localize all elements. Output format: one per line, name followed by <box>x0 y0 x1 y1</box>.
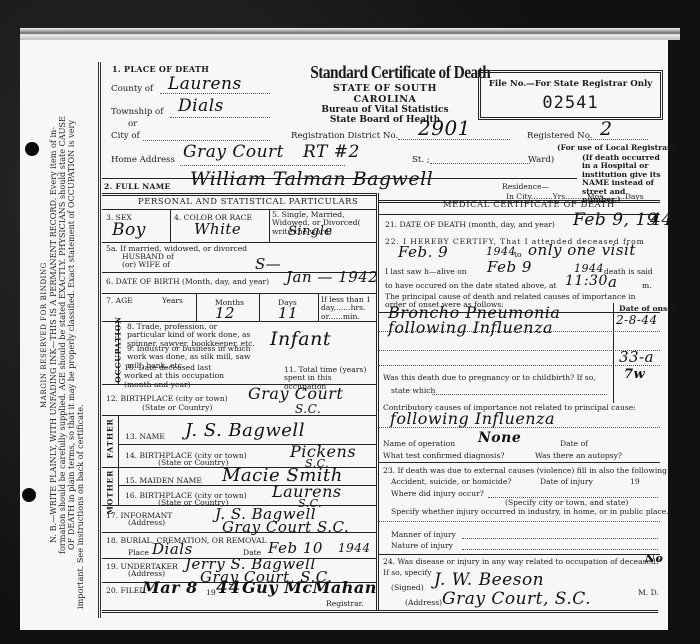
father-name-label: 13. NAME <box>125 432 165 441</box>
autopsy-label: Was there an autopsy? <box>535 452 622 460</box>
birthplace-label: 12. BIRTHPLACE (city or town) <box>106 394 228 403</box>
attended-year: 1944 <box>486 245 516 258</box>
home-address-label: Home Address <box>111 155 175 165</box>
mother-side-label: MOTHER <box>106 471 115 515</box>
residence-label: Residence— <box>502 183 549 191</box>
months-value: 12 <box>215 304 235 322</box>
birthplace-state: S.C. <box>295 402 321 416</box>
occupation-value: Infant <box>270 328 331 350</box>
father-name-value: J. S. Bagwell <box>185 420 305 441</box>
medical-section-title: MEDICAL CERTIFICATE OF DEATH <box>443 199 615 209</box>
place-of-death-heading: 1. PLACE OF DEATH <box>112 64 209 74</box>
file-number-box: File No.—For State Registrar Only 02541 <box>478 70 663 120</box>
registrar-label: Registrar. <box>326 600 364 608</box>
less-than-day-label: If less than 1 day,......hrs. or......mi… <box>321 296 375 321</box>
divider <box>102 532 376 533</box>
ward-label: Ward) <box>528 155 554 165</box>
physician-address-label: (Address) <box>405 599 442 607</box>
occured-label: to have occured on the date stated above… <box>385 282 557 290</box>
filed-year-label: 19 <box>206 589 216 597</box>
full-name-value: William Talman Bagwell <box>190 168 433 190</box>
manner-of-injury-field <box>462 530 658 539</box>
sex-value: Boy <box>112 220 146 240</box>
cause-2: following Influenza <box>388 318 553 337</box>
injury-date-label: Date of injury <box>540 478 593 486</box>
spouse-label-wife: (or) WIFE of <box>122 261 170 269</box>
cause-code-2: 7w <box>624 367 645 382</box>
filed-year: 44 <box>216 578 241 598</box>
city-label: City of <box>111 131 140 141</box>
registrar-signature: Guy McMahan <box>242 578 377 597</box>
occupation-related-label: 24. Was disease or injury in any way rel… <box>383 558 660 566</box>
injury-where-label: Where did injury occur? <box>391 490 484 498</box>
date-of-birth-value: Jan — 1942 <box>286 268 378 286</box>
last-worked-label: 10. Date deceased last worked at this oc… <box>124 364 242 389</box>
last-saw-value: Feb 9 <box>487 258 532 276</box>
punch-hole <box>25 142 39 156</box>
occupation-related-value: No <box>645 552 663 565</box>
death-time: 11:30 <box>565 273 608 289</box>
attended-from: Feb. 9 <box>398 243 448 261</box>
county-value: Laurens <box>168 74 242 94</box>
divider <box>379 350 660 351</box>
operation-date-label: Date of <box>560 440 588 448</box>
personal-section-title: PERSONAL AND STATISTICAL PARTICULARS <box>138 196 358 206</box>
local-registrar-note: (For use of Local Registrar) <box>557 144 675 152</box>
md-label: M. D. <box>638 589 659 597</box>
injury-where-field <box>488 488 658 498</box>
column-divider <box>376 193 379 611</box>
home-address-value: Gray Court <box>183 142 284 162</box>
certificate-title: Standard Certificate of Death <box>310 62 460 83</box>
file-number-label: File No.—For State Registrar Only <box>481 79 660 89</box>
m-label: m. <box>642 282 652 290</box>
paper-curl <box>20 28 680 40</box>
date-of-death-label: 21. DATE OF DEATH (month, day, and year) <box>385 220 555 229</box>
spouse-value: S— <box>255 255 281 273</box>
filed-label: 20. FILED <box>106 586 145 595</box>
divider <box>102 293 376 294</box>
contributory-value: following Influenza <box>390 409 555 428</box>
filed-value: Mar 8 <box>142 578 198 597</box>
informant-sub: (Address) <box>128 519 165 527</box>
divider <box>379 462 660 463</box>
signed-label: (Signed) <box>391 584 424 592</box>
last-saw-label: I last saw h—alive on <box>385 268 467 276</box>
test-label: What test confirmed diagnosis? <box>383 452 504 460</box>
state-which-field <box>432 385 607 395</box>
days-value: 11 <box>278 304 298 322</box>
injury-year-label: 19 <box>630 478 640 486</box>
file-number-value: 02541 <box>481 93 660 113</box>
cause-code-1: 33-a <box>619 348 654 366</box>
operation-label: Name of operation <box>383 440 455 448</box>
or-label: or <box>128 119 137 129</box>
father-side-label: FATHER <box>106 419 115 459</box>
county-label: County of <box>111 84 153 94</box>
physician-signature: J. W. Beeson <box>434 570 544 590</box>
mother-maiden-label: 15. MAIDEN NAME <box>125 476 202 485</box>
nature-of-injury-field <box>462 541 658 550</box>
margin-line: important. See instructions on back of c… <box>76 55 85 615</box>
divider <box>318 293 319 321</box>
state-which-label: state which <box>391 387 435 395</box>
divider <box>259 293 260 321</box>
township-label: Township of <box>111 107 163 117</box>
birthplace-value: Gray Court <box>248 384 343 403</box>
divider <box>613 303 614 403</box>
date-of-death-value: Feb 9, 19 <box>573 210 658 230</box>
attended-to: only one visit <box>528 241 636 259</box>
home-address-number: RT #2 <box>303 142 360 162</box>
divider <box>170 209 171 242</box>
manner-of-injury-label: Manner of injury <box>391 531 456 539</box>
city-field <box>143 129 270 141</box>
township-value: Dials <box>178 96 224 116</box>
divider <box>269 209 270 242</box>
date-of-death-year: 44 <box>650 210 673 230</box>
state-name: STATE OF SOUTH CAROLINA <box>300 83 470 105</box>
informant-address: Gray Court S.C. <box>222 518 349 536</box>
registered-no-label: Registered No. <box>527 131 592 141</box>
marital-status-value: Single <box>288 224 333 239</box>
divider <box>379 365 660 366</box>
registered-no-field <box>588 128 648 140</box>
physician-address-value: Gray Court, S.C. <box>442 589 591 609</box>
bottom-rule <box>102 610 658 613</box>
onset-1: 2-8-44 <box>616 313 658 327</box>
external-causes-label: 23. If death was due to external causes … <box>383 467 670 475</box>
full-name-label: 2. FULL NAME <box>104 182 171 191</box>
bureau-name: Bureau of Vital Statistics <box>300 105 470 115</box>
divider <box>379 427 660 428</box>
years-label: Years <box>162 297 183 305</box>
race-value: White <box>194 220 241 238</box>
death-ampm: a <box>608 273 617 291</box>
divider <box>118 415 119 505</box>
nature-of-injury-label: Nature of injury <box>391 542 453 550</box>
burial-year: 1944 <box>338 541 371 555</box>
divider <box>379 521 660 522</box>
ward-field <box>430 152 530 164</box>
divider <box>379 554 660 555</box>
divider <box>196 293 197 321</box>
if-so-label: If so, specify <box>383 569 432 577</box>
birthplace-sub: (State or Country) <box>142 404 212 412</box>
registered-no-value: 2 <box>600 118 613 140</box>
specify-place-label: Specify whether injury occurred in indus… <box>391 508 669 516</box>
pregnancy-label: Was this death due to pregnancy or to ch… <box>383 374 596 382</box>
operation-value: None <box>478 430 521 446</box>
occupation-side-label: OCCUPATION <box>114 315 123 385</box>
punch-hole <box>22 488 36 502</box>
age-label: 7. AGE <box>106 296 133 305</box>
accident-label: Accident, suicide, or homicide? <box>391 478 511 486</box>
binding-rule <box>98 62 101 618</box>
divider <box>102 242 376 243</box>
divider <box>102 415 376 416</box>
date-of-birth-label: 6. DATE OF BIRTH (Month, day, and year) <box>106 277 269 286</box>
street-label: St. ; <box>412 155 430 165</box>
registration-district-label: Registration District No. <box>291 131 398 141</box>
burial-place-label: Place <box>128 549 149 557</box>
registration-district-value: 2901 <box>418 116 471 140</box>
margin-instructions: MARGIN RESERVED FOR BINDING N. B.—WRITE … <box>40 55 95 615</box>
